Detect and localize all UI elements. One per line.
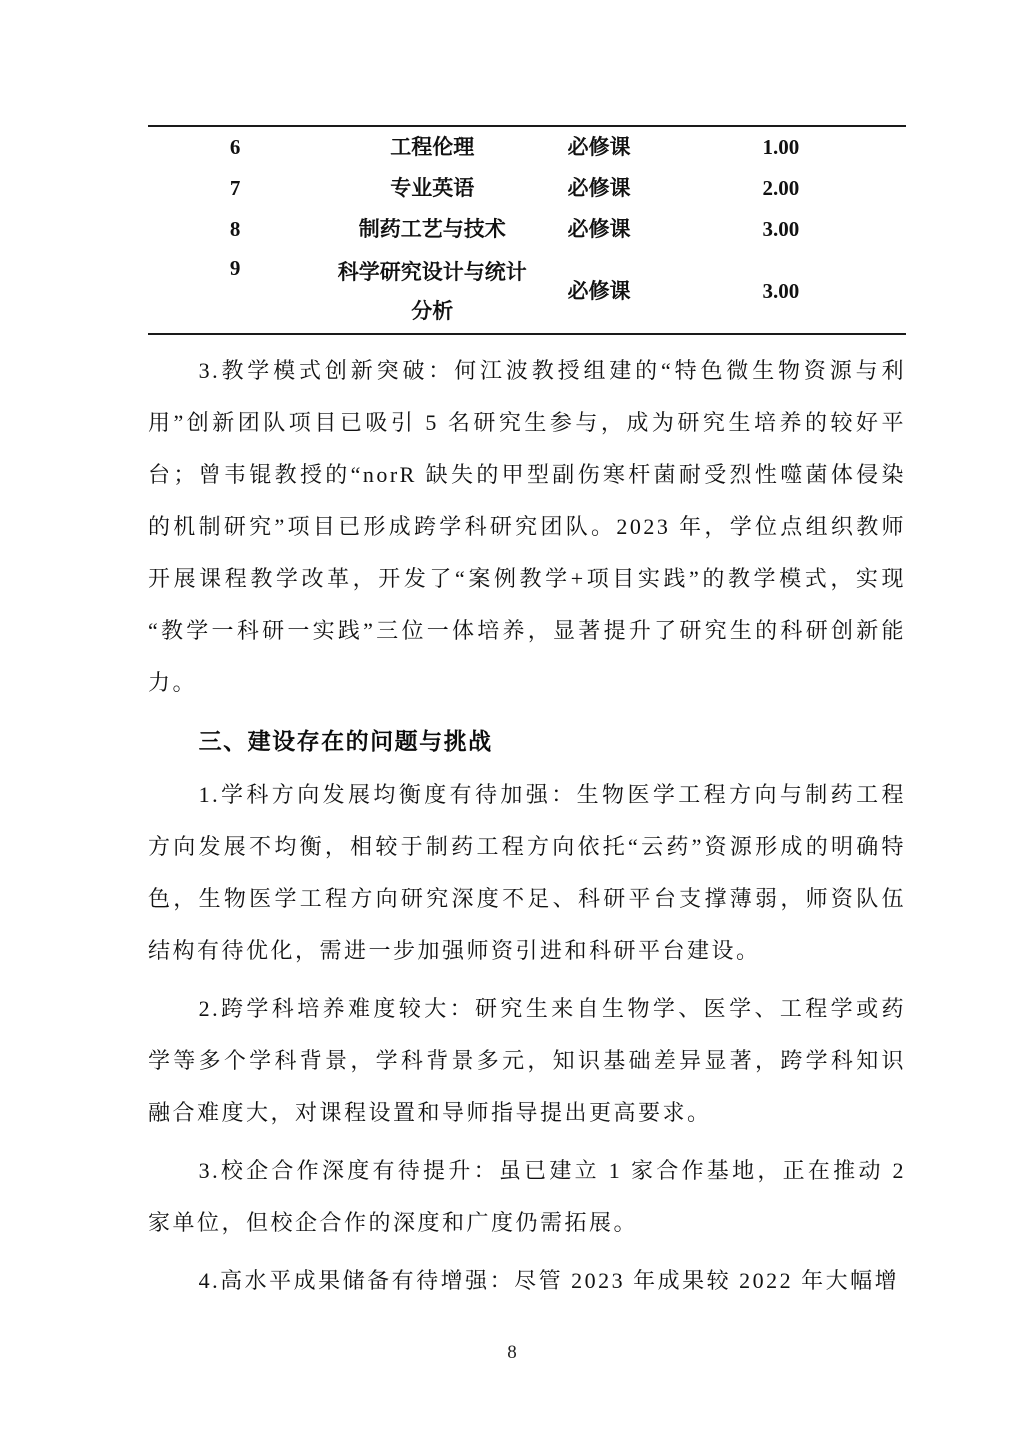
body-text: 3.教学模式创新突破：何江波教授组建的“特色微生物资源与利用”创新团队项目已吸引… [148,345,906,1307]
table-row: 8 制药工艺与技术 必修课 3.00 [148,209,906,250]
cell-course-no: 8 [148,209,322,250]
page-number: 8 [0,1342,1024,1364]
cell-course-credit: 3.00 [656,209,906,250]
cell-course-type: 必修课 [542,250,656,334]
cell-course-credit: 3.00 [656,250,906,334]
paragraph-problem-1: 1.学科方向发展均衡度有待加强：生物医学工程方向与制药工程方向发展不均衡，相较于… [148,769,906,977]
paragraph-problem-4: 4.高水平成果储备有待增强：尽管 2023 年成果较 2022 年大幅增 [148,1255,906,1307]
paragraph-problem-3: 3.校企合作深度有待提升：虽已建立 1 家合作基地，正在推动 2 家单位，但校企… [148,1145,906,1249]
cell-course-no: 9 [148,250,322,334]
cell-course-name: 工程伦理 [322,126,542,168]
cell-course-type: 必修课 [542,209,656,250]
cell-course-credit: 2.00 [656,168,906,209]
cell-course-name: 制药工艺与技术 [322,209,542,250]
course-table: 6 工程伦理 必修课 1.00 7 专业英语 必修课 2.00 8 制药工艺与技… [148,125,906,335]
section-heading-problems: 三、建设存在的问题与挑战 [148,715,906,767]
table-row: 7 专业英语 必修课 2.00 [148,168,906,209]
cell-course-no: 7 [148,168,322,209]
table-row: 6 工程伦理 必修课 1.00 [148,126,906,168]
table-row: 9 科学研究设计与统计 分析 必修课 3.00 [148,250,906,334]
course-name-line-1: 科学研究设计与统计 [322,253,542,292]
cell-course-name: 专业英语 [322,168,542,209]
cell-course-type: 必修课 [542,126,656,168]
paragraph-problem-2: 2.跨学科培养难度较大：研究生来自生物学、医学、工程学或药学等多个学科背景，学科… [148,983,906,1139]
cell-course-no: 6 [148,126,322,168]
page-content: 6 工程伦理 必修课 1.00 7 专业英语 必修课 2.00 8 制药工艺与技… [148,125,906,1313]
paragraph-teaching-innovation: 3.教学模式创新突破：何江波教授组建的“特色微生物资源与利用”创新团队项目已吸引… [148,345,906,709]
cell-course-type: 必修课 [542,168,656,209]
course-name-line-2: 分析 [322,292,542,331]
cell-course-name: 科学研究设计与统计 分析 [322,250,542,334]
cell-course-credit: 1.00 [656,126,906,168]
document-page: 6 工程伦理 必修课 1.00 7 专业英语 必修课 2.00 8 制药工艺与技… [0,0,1024,1448]
